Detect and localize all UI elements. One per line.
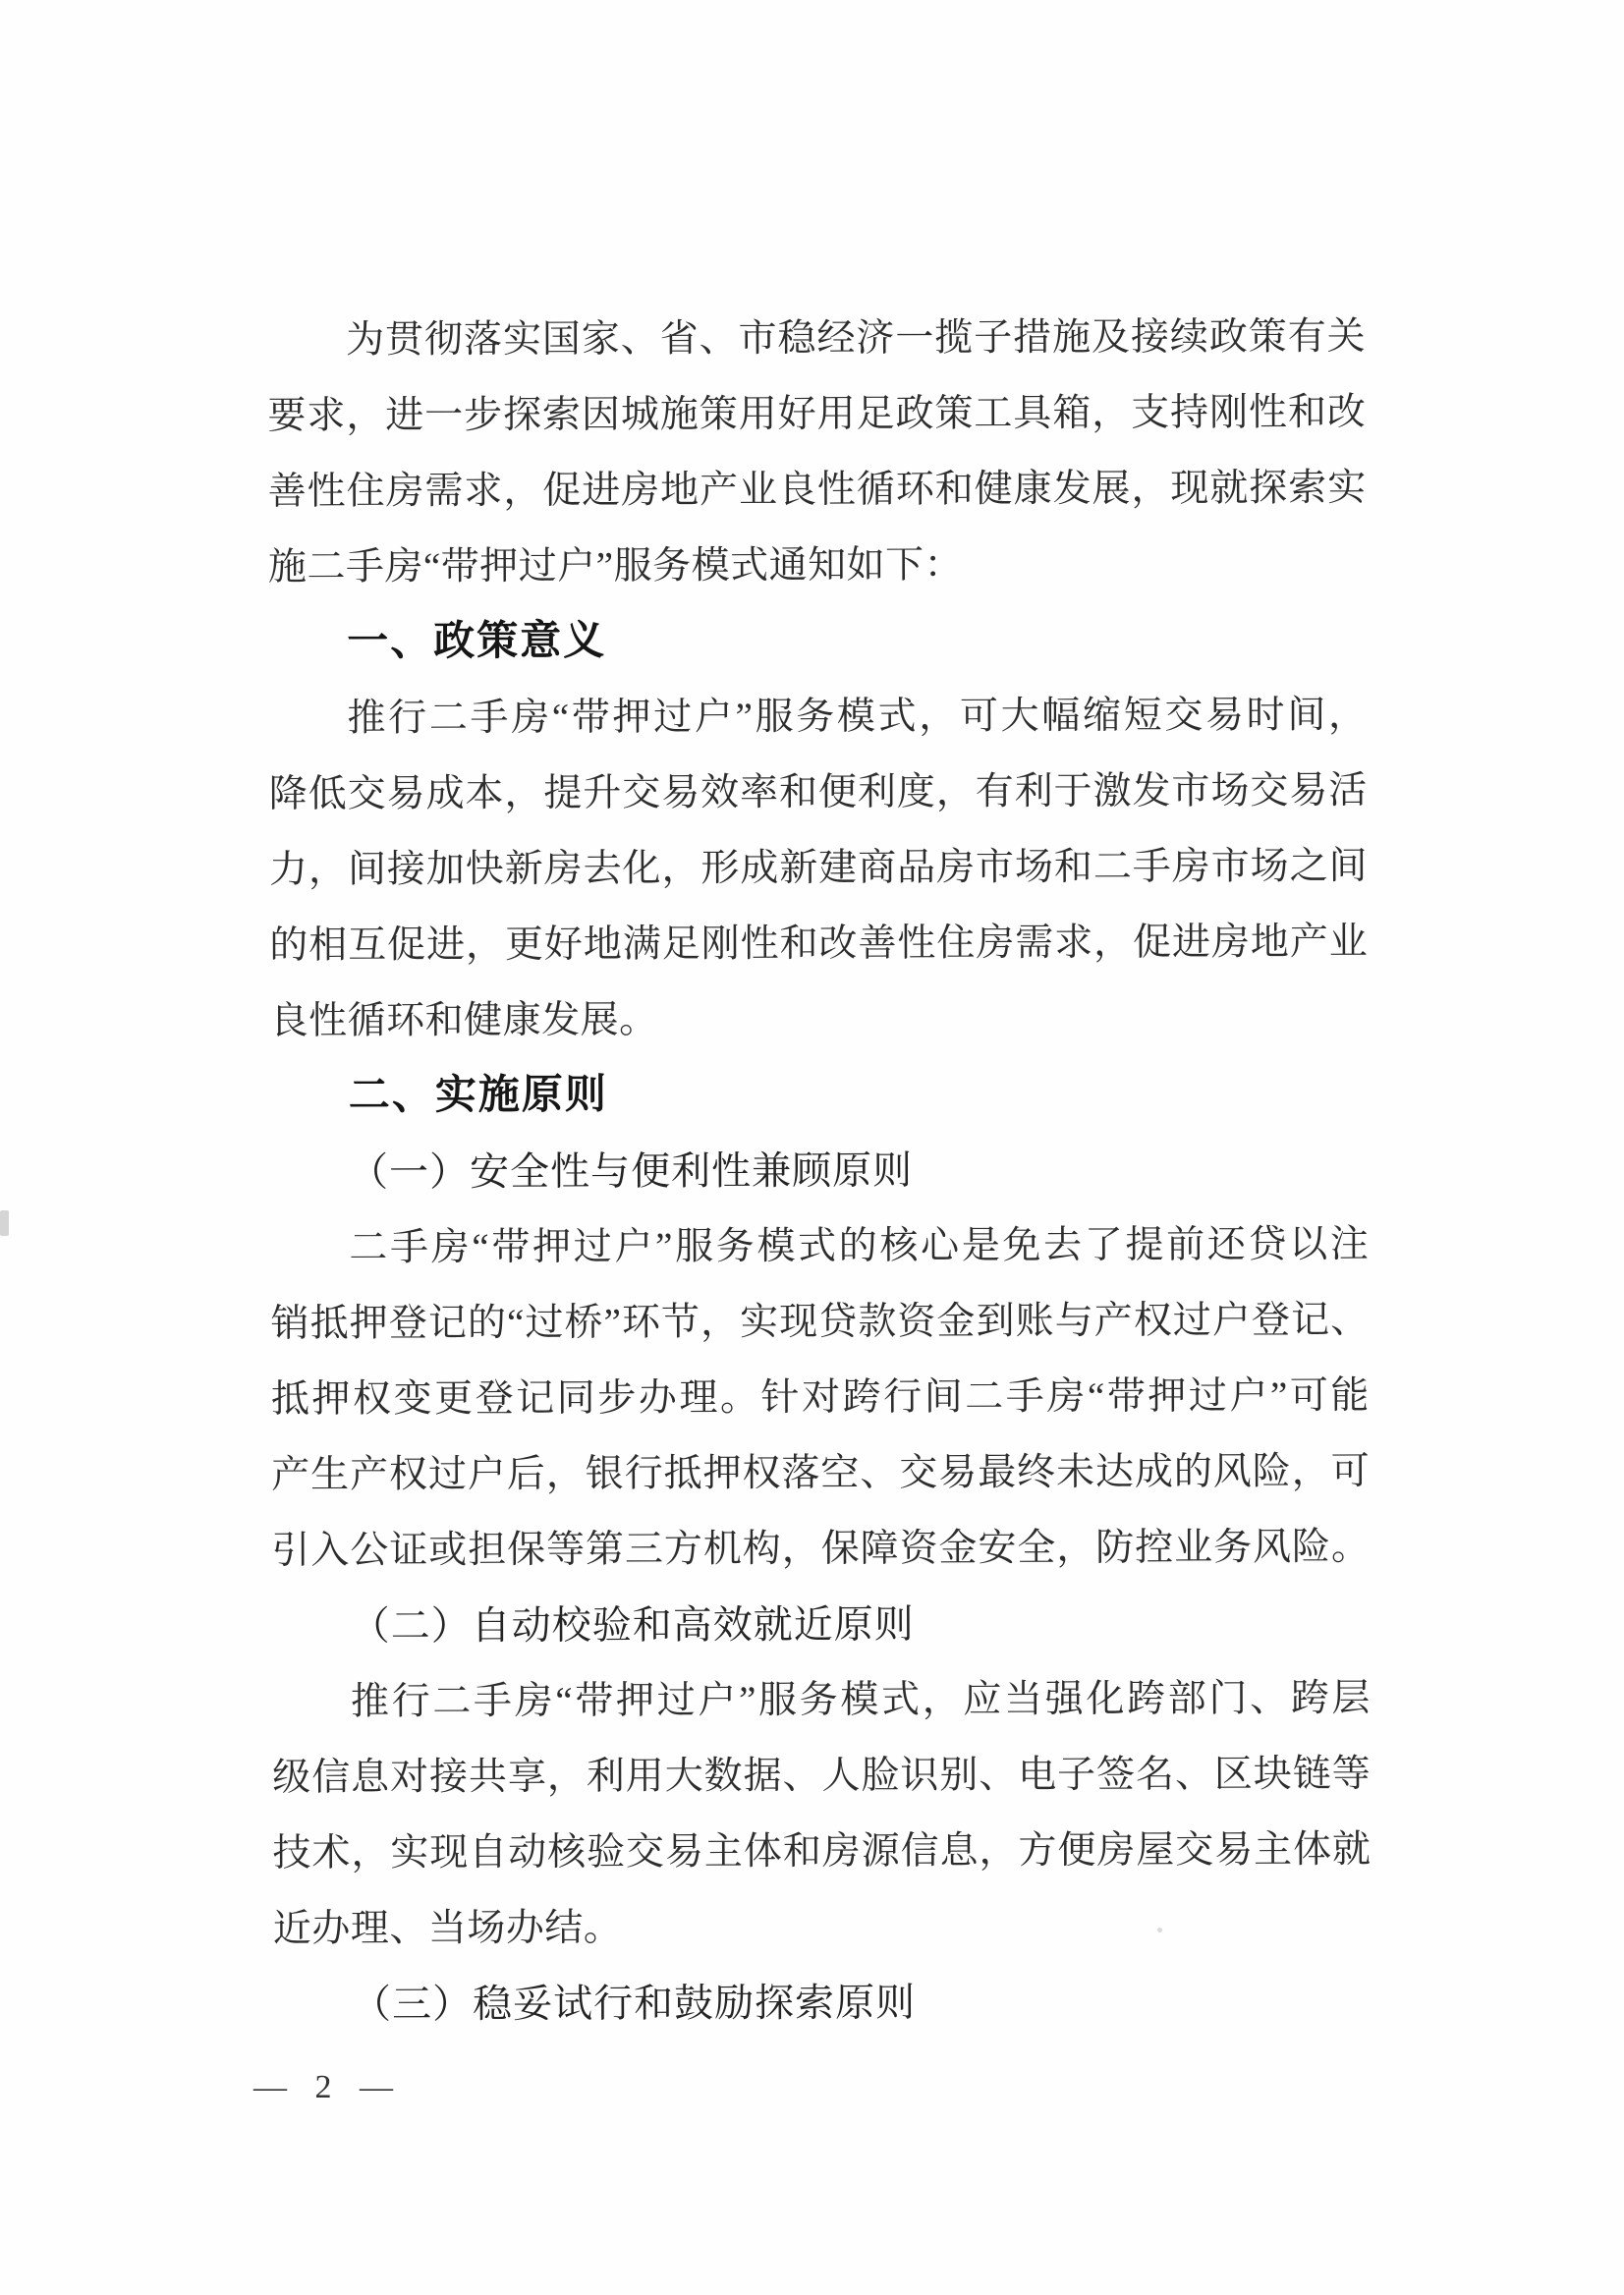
text-line: 二手房“带押过户”服务模式的核心是免去了提前还贷以注 <box>270 1206 1369 1286</box>
text-line: 产生产权过户后，银行抵押权落空、交易最终未达成的风险，可 <box>271 1433 1370 1513</box>
text-line: 善性住房需求，促进房地产业良性循环和健康发展，现就探索实 <box>268 450 1367 530</box>
text-line: 近办理、当场办结。 <box>273 1887 1372 1967</box>
text-line: 良性循环和健康发展。 <box>269 980 1368 1059</box>
text-line: 施二手房“带押过户”服务模式通知如下： <box>268 526 1367 605</box>
text-line: 为贯彻落实国家、省、市稳经济一揽子措施及接续政策有关 <box>267 299 1366 378</box>
text-line: 级信息对接共享，利用大数据、人脸识别、电子签名、区块链等 <box>272 1736 1371 1816</box>
section-heading: 一、政策意义 <box>268 601 1367 681</box>
scanned-document-page: { "page": { "number_label": "— 2 —", "ba… <box>0 0 1624 2295</box>
text-line: 推行二手房“带押过户”服务模式，应当强化跨部门、跨层 <box>272 1660 1371 1740</box>
text-line: 降低交易成本，提升交易效率和便利度，有利于激发市场交易活 <box>269 753 1368 832</box>
text-line: 引入公证或担保等第三方机构，保障资金安全，防控业务风险。 <box>271 1509 1370 1589</box>
page-number: — 2 — <box>253 2069 403 2106</box>
document-body: 为贯彻落实国家、省、市稳经济一揽子措施及接续政策有关要求，进一步探索因城施策用好… <box>0 298 1624 2043</box>
subsection-heading: （二）自动校验和高效就近原则 <box>272 1585 1371 1664</box>
text-line: 力，间接加快新房去化，形成新建商品房市场和二手房市场之间 <box>269 828 1368 908</box>
section-heading: 二、实施原则 <box>270 1055 1369 1135</box>
subsection-heading: （三）稳妥试行和鼓励探索原则 <box>273 1963 1372 2043</box>
text-line: 要求，进一步探索因城施策用好用足政策工具箱，支持刚性和改 <box>267 374 1366 454</box>
page-background: 为贯彻落实国家、省、市稳经济一揽子措施及接续政策有关要求，进一步探索因城施策用好… <box>0 0 1624 2295</box>
text-line: 的相互促进，更好地满足刚性和改善性住房需求，促进房地产业 <box>269 904 1368 983</box>
text-line: 技术，实现自动核验交易主体和房源信息，方便房屋交易主体就 <box>272 1812 1371 1891</box>
text-line: 抵押权变更登记同步办理。针对跨行间二手房“带押过户”可能 <box>271 1358 1370 1437</box>
text-line: 销抵押登记的“过桥”环节，实现贷款资金到账与产权过户登记、 <box>270 1282 1369 1362</box>
subsection-heading: （一）安全性与便利性兼顾原则 <box>270 1131 1369 1210</box>
text-line: 推行二手房“带押过户”服务模式，可大幅缩短交易时间， <box>268 677 1367 756</box>
